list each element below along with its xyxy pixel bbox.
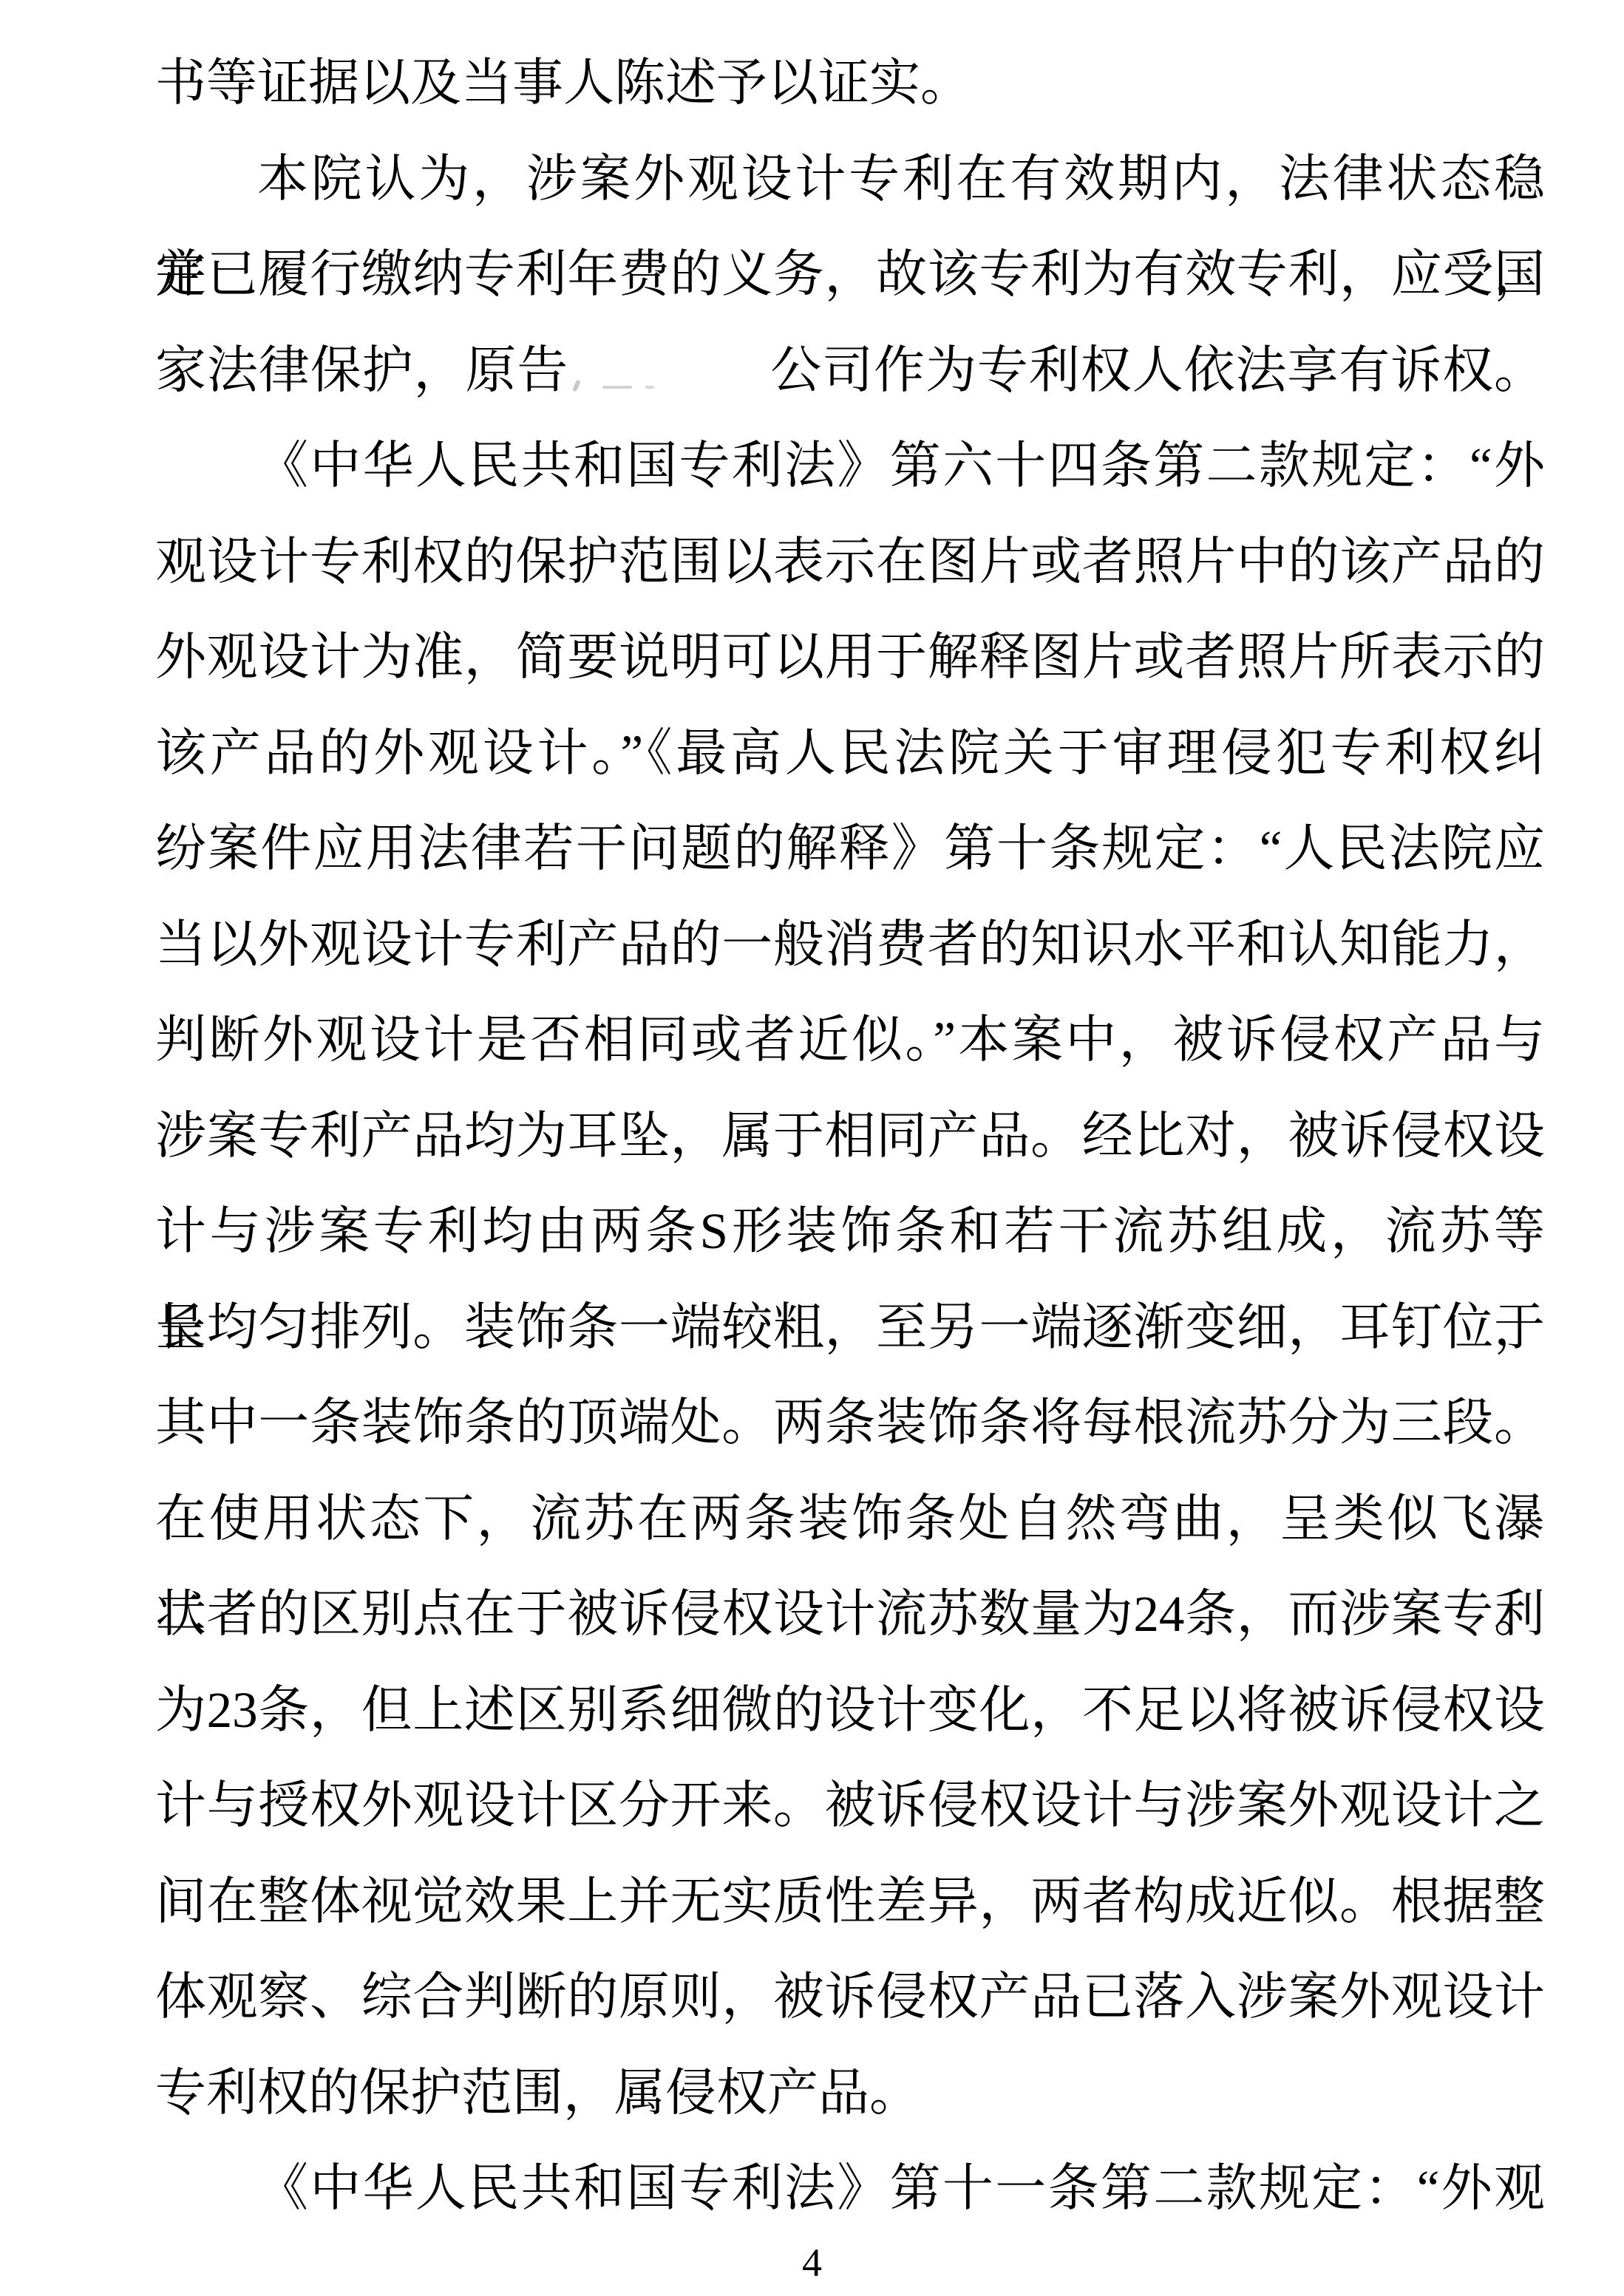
document-line: 为23条，但上述区别系细微的设计变化，不足以将被诉侵权设 (155, 1663, 1545, 1759)
document-line: 其中一条装饰条的顶端处。两条装饰条将每根流苏分为三段。 (155, 1375, 1545, 1471)
document-line: 外观设计为准，简要说明可以用于解释图片或者照片所表示的 (155, 610, 1545, 706)
document-line: 体观察、综合判断的原则，被诉侵权产品已落入涉案外观设计 (155, 1949, 1545, 2045)
redaction-residue-mark (602, 386, 632, 389)
document-line: 判断外观设计是否相同或者近似。”本案中，被诉侵权产品与 (155, 992, 1545, 1089)
document-line: 涉案专利产品均为耳坠，属于相同产品。经比对，被诉侵权设 (155, 1089, 1545, 1185)
document-line: 并已履行缴纳专利年费的义务，故该专利为有效专利，应受国 (155, 227, 1545, 323)
document-line: 当以外观设计专利产品的一般消费者的知识水平和认知能力， (155, 897, 1545, 993)
document-line: 本院认为，涉案外观设计专利在有效期内，法律状态稳定， (155, 132, 1545, 228)
document-line: 《中华人民共和国专利法》第十一条第二款规定：“外观 (155, 2141, 1545, 2237)
document-line: 家法律保护，原告公司作为专利权人依法享有诉权。 (155, 323, 1545, 419)
document-line: 纷案件应用法律若干问题的解释》第十条规定：“人民法院应 (155, 801, 1545, 897)
redacted-company-name (568, 338, 769, 387)
redaction-residue-mark (645, 386, 654, 389)
document-line: 该产品的外观设计。”《最高人民法院关于审理侵犯专利权纠 (155, 706, 1545, 802)
document-page: 书等证据以及当事人陈述予以证实。本院认为，涉案外观设计专利在有效期内，法律状态稳… (0, 0, 1624, 2296)
text-after-redaction: 公司作为专利权人依法享有诉权。 (769, 342, 1545, 398)
document-line: 在使用状态下，流苏在两条装饰条处自然弯曲，呈类似飞瀑状。 (155, 1471, 1545, 1567)
document-lines: 书等证据以及当事人陈述予以证实。本院认为，涉案外观设计专利在有效期内，法律状态稳… (155, 35, 1545, 2237)
document-line: 二者的区别点在于被诉侵权设计流苏数量为24条，而涉案专利 (155, 1567, 1545, 1663)
page-number: 4 (0, 2241, 1624, 2285)
document-line: 《中华人民共和国专利法》第六十四条第二款规定：“外 (155, 418, 1545, 514)
document-line: 计与涉案专利均由两条S形装饰条和若干流苏组成，流苏等长， (155, 1184, 1545, 1280)
document-line: 书等证据以及当事人陈述予以证实。 (155, 35, 1545, 132)
document-line: 专利权的保护范围，属侵权产品。 (155, 2045, 1545, 2142)
text-before-redaction: 家法律保护，原告 (155, 342, 568, 398)
document-line: 计与授权外观设计区分开来。被诉侵权设计与涉案外观设计之 (155, 1758, 1545, 1854)
document-line: 呈均匀排列。装饰条一端较粗，至另一端逐渐变细，耳钉位于 (155, 1280, 1545, 1376)
document-line: 间在整体视觉效果上并无实质性差异，两者构成近似。根据整 (155, 1854, 1545, 1950)
document-line: 观设计专利权的保护范围以表示在图片或者照片中的该产品的 (155, 514, 1545, 610)
redaction-residue-mark (572, 379, 581, 392)
